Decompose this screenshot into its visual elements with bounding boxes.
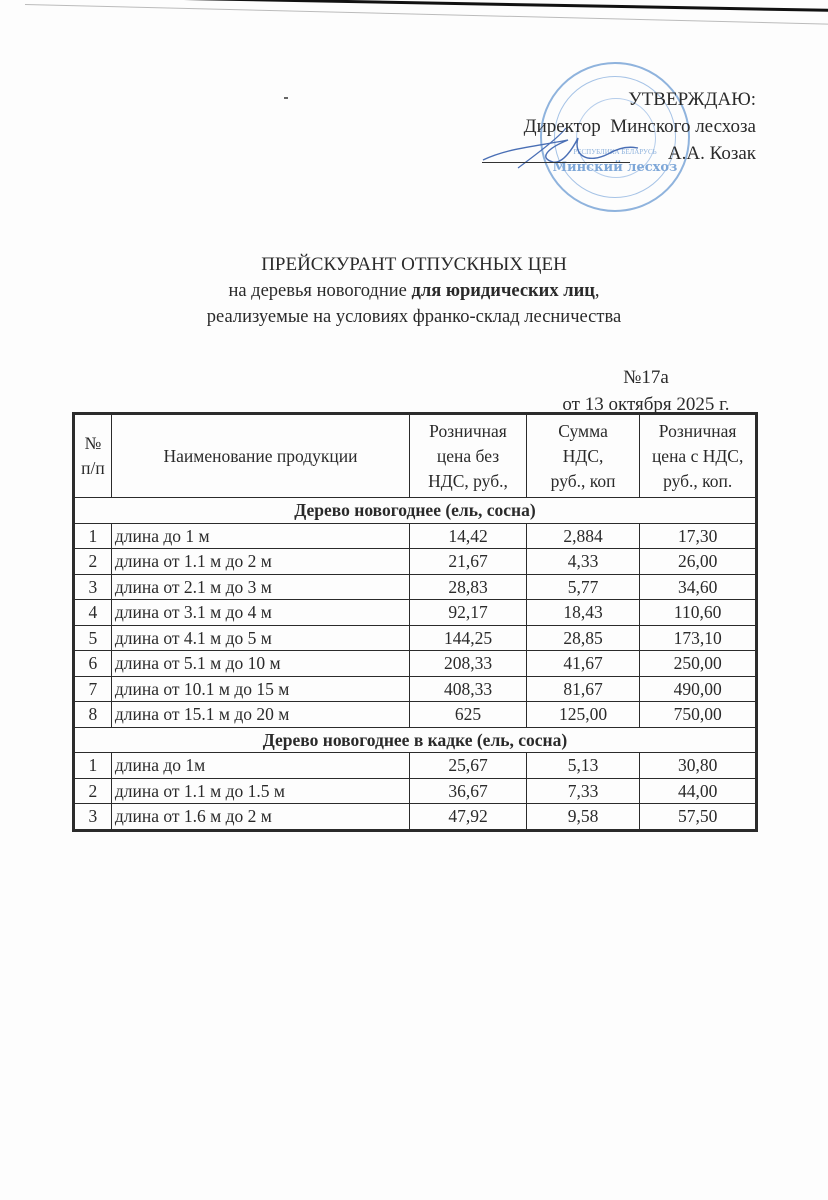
vat-amount: 7,33 bbox=[526, 778, 639, 804]
row-number: 4 bbox=[74, 600, 112, 626]
header-price-without-vat: Розничнаяцена безНДС, руб., bbox=[410, 414, 527, 498]
product-name: длина до 1м bbox=[111, 753, 409, 779]
table-row: 1длина до 1 м14,422,88417,30 bbox=[74, 523, 757, 549]
document-number: №17а bbox=[536, 364, 756, 391]
table-row: 2длина от 1.1 м до 2 м21,674,3326,00 bbox=[74, 549, 757, 575]
table-row: 1длина до 1м25,675,1330,80 bbox=[74, 753, 757, 779]
vat-amount: 18,43 bbox=[526, 600, 639, 626]
table-row: 6длина от 5.1 м до 10 м208,3341,67250,00 bbox=[74, 651, 757, 677]
table-row: 4длина от 3.1 м до 4 м92,1718,43110,60 bbox=[74, 600, 757, 626]
vat-amount: 41,67 bbox=[526, 651, 639, 677]
product-name: длина от 2.1 м до 3 м bbox=[111, 574, 409, 600]
product-name: длина от 1.1 м до 2 м bbox=[111, 549, 409, 575]
header-price-with-vat-line: цена с НДС, bbox=[640, 444, 755, 469]
price-table: №п/пНаименование продукцииРозничнаяцена … bbox=[72, 412, 758, 832]
table-row: 7длина от 10.1 м до 15 м408,3381,67490,0… bbox=[74, 676, 757, 702]
table-row: 2длина от 1.1 м до 1.5 м36,677,3344,00 bbox=[74, 778, 757, 804]
approval-signatory: А.А. Козак bbox=[524, 140, 756, 167]
price-without-vat: 25,67 bbox=[410, 753, 527, 779]
vat-amount: 28,85 bbox=[526, 625, 639, 651]
approval-position: Директор Минского лесхоза bbox=[524, 113, 756, 140]
product-name: длина от 1.6 м до 2 м bbox=[111, 804, 409, 831]
vat-amount: 2,884 bbox=[526, 523, 639, 549]
section-title: Дерево новогоднее (ель, сосна) bbox=[74, 498, 757, 524]
header-vat-amount: СуммаНДС,руб., коп bbox=[526, 414, 639, 498]
price-with-vat: 110,60 bbox=[640, 600, 757, 626]
title-line-2-prefix: на деревья новогодние bbox=[228, 281, 411, 301]
document-number-block: №17а от 13 октября 2025 г. bbox=[536, 364, 756, 418]
vat-amount: 5,77 bbox=[526, 574, 639, 600]
product-name: длина от 5.1 м до 10 м bbox=[111, 651, 409, 677]
row-number: 3 bbox=[74, 804, 112, 831]
price-with-vat: 34,60 bbox=[640, 574, 757, 600]
approval-heading: УТВЕРЖДАЮ: bbox=[524, 86, 756, 113]
price-without-vat: 625 bbox=[410, 702, 527, 728]
header-vat-amount-line: НДС, bbox=[527, 444, 639, 469]
header-number-line: № bbox=[75, 431, 111, 456]
product-name: длина от 4.1 м до 5 м bbox=[111, 625, 409, 651]
table-row: 5длина от 4.1 м до 5 м144,2528,85173,10 bbox=[74, 625, 757, 651]
header-price-without-vat-line: Розничная bbox=[410, 419, 526, 444]
header-price-without-vat-line: НДС, руб., bbox=[410, 469, 526, 494]
price-without-vat: 28,83 bbox=[410, 574, 527, 600]
section-row: Дерево новогоднее (ель, сосна) bbox=[74, 498, 757, 524]
header-product-name: Наименование продукции bbox=[111, 414, 409, 498]
row-number: 8 bbox=[74, 702, 112, 728]
title-line-2: на деревья новогодние для юридических ли… bbox=[0, 278, 828, 304]
vat-amount: 81,67 bbox=[526, 676, 639, 702]
title-line-2-suffix: , bbox=[595, 281, 600, 301]
title-line-1: ПРЕЙСКУРАНТ ОТПУСКНЫХ ЦЕН bbox=[0, 252, 828, 278]
table-row: 8длина от 15.1 м до 20 м625125,00750,00 bbox=[74, 702, 757, 728]
header-vat-amount-line: руб., коп bbox=[527, 469, 639, 494]
title-line-3: реализуемые на условиях франко-склад лес… bbox=[0, 304, 828, 330]
price-with-vat: 250,00 bbox=[640, 651, 757, 677]
table-header-row: №п/пНаименование продукцииРозничнаяцена … bbox=[74, 414, 757, 498]
price-with-vat: 17,30 bbox=[640, 523, 757, 549]
product-name: длина от 10.1 м до 15 м bbox=[111, 676, 409, 702]
document-title: ПРЕЙСКУРАНТ ОТПУСКНЫХ ЦЕН на деревья нов… bbox=[0, 252, 828, 330]
vat-amount: 9,58 bbox=[526, 804, 639, 831]
header-product-name-line: Наименование продукции bbox=[112, 444, 409, 469]
price-without-vat: 36,67 bbox=[410, 778, 527, 804]
header-number: №п/п bbox=[74, 414, 112, 498]
product-name: длина от 3.1 м до 4 м bbox=[111, 600, 409, 626]
row-number: 7 bbox=[74, 676, 112, 702]
product-name: длина от 1.1 м до 1.5 м bbox=[111, 778, 409, 804]
row-number: 6 bbox=[74, 651, 112, 677]
price-without-vat: 408,33 bbox=[410, 676, 527, 702]
header-number-line: п/п bbox=[75, 456, 111, 481]
header-price-without-vat-line: цена без bbox=[410, 444, 526, 469]
price-with-vat: 44,00 bbox=[640, 778, 757, 804]
price-with-vat: 750,00 bbox=[640, 702, 757, 728]
vat-amount: 4,33 bbox=[526, 549, 639, 575]
price-with-vat: 30,80 bbox=[640, 753, 757, 779]
row-number: 1 bbox=[74, 523, 112, 549]
header-vat-amount-line: Сумма bbox=[527, 419, 639, 444]
price-without-vat: 21,67 bbox=[410, 549, 527, 575]
price-with-vat: 26,00 bbox=[640, 549, 757, 575]
header-price-with-vat: Розничнаяцена с НДС,руб., коп. bbox=[640, 414, 757, 498]
price-without-vat: 92,17 bbox=[410, 600, 527, 626]
header-price-with-vat-line: Розничная bbox=[640, 419, 755, 444]
scan-speck bbox=[284, 97, 288, 99]
price-without-vat: 14,42 bbox=[410, 523, 527, 549]
row-number: 3 bbox=[74, 574, 112, 600]
table-row: 3длина от 2.1 м до 3 м28,835,7734,60 bbox=[74, 574, 757, 600]
approval-block: УТВЕРЖДАЮ: Директор Минского лесхоза А.А… bbox=[524, 86, 756, 167]
section-title: Дерево новогоднее в кадке (ель, сосна) bbox=[74, 727, 757, 753]
price-without-vat: 208,33 bbox=[410, 651, 527, 677]
row-number: 2 bbox=[74, 778, 112, 804]
header-price-with-vat-line: руб., коп. bbox=[640, 469, 755, 494]
product-name: длина до 1 м bbox=[111, 523, 409, 549]
price-without-vat: 47,92 bbox=[410, 804, 527, 831]
table-row: 3длина от 1.6 м до 2 м47,929,5857,50 bbox=[74, 804, 757, 831]
vat-amount: 125,00 bbox=[526, 702, 639, 728]
vat-amount: 5,13 bbox=[526, 753, 639, 779]
row-number: 1 bbox=[74, 753, 112, 779]
price-without-vat: 144,25 bbox=[410, 625, 527, 651]
price-with-vat: 57,50 bbox=[640, 804, 757, 831]
price-with-vat: 490,00 bbox=[640, 676, 757, 702]
section-row: Дерево новогоднее в кадке (ель, сосна) bbox=[74, 727, 757, 753]
price-with-vat: 173,10 bbox=[640, 625, 757, 651]
table-body: Дерево новогоднее (ель, сосна)1длина до … bbox=[74, 498, 757, 831]
row-number: 5 bbox=[74, 625, 112, 651]
product-name: длина от 15.1 м до 20 м bbox=[111, 702, 409, 728]
row-number: 2 bbox=[74, 549, 112, 575]
title-line-2-bold: для юридических лиц bbox=[411, 281, 594, 301]
